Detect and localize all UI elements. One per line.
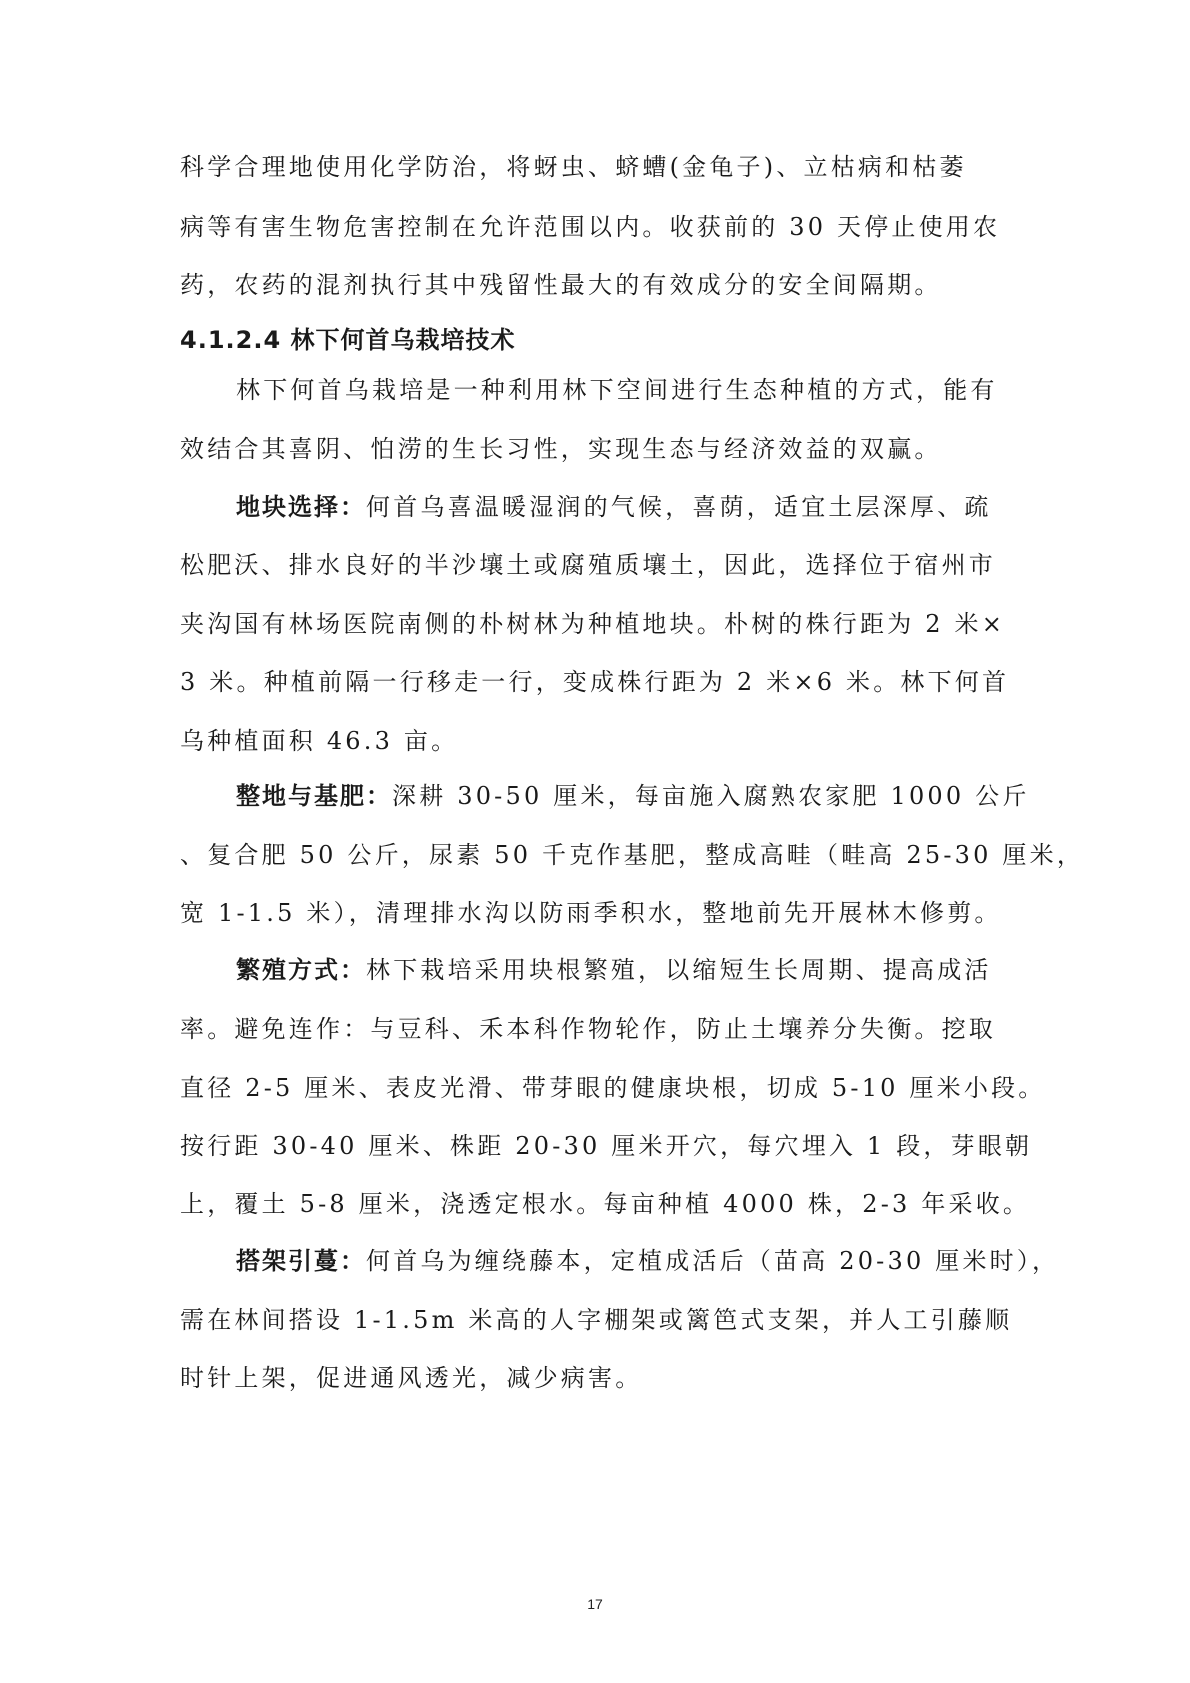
document-page: 科学合理地使用化学防治，将蚜虫、蛴螬(金龟子)、立枯病和枯萎 病等有害生物危害控… [0,0,1190,1683]
paragraph-lead: 整地与基肥： [236,782,392,810]
paragraph-line: 效结合其喜阴、怕涝的生长习性，实现生态与经济效益的双赢。 [180,434,1010,464]
paragraph-line: 3 米。种植前隔一行移走一行，变成株行距为 2 米×6 米。林下何首 [180,667,1010,697]
paragraph-plot-selection: 地块选择：何首乌喜温暖湿润的气候，喜荫，适宜土层深厚、疏 [236,492,1010,522]
paragraph-line: 按行距 30-40 厘米、株距 20-30 厘米开穴，每穴埋入 1 段，芽眼朝 [180,1131,1010,1161]
paragraph-line: 夹沟国有林场医院南侧的朴树林为种植地块。朴树的株行距为 2 米× [180,609,1010,639]
paragraph-trellis: 搭架引蔓：何首乌为缠绕藤本，定植成活后（苗高 20-30 厘米时）， [236,1246,1010,1276]
paragraph-line: 率。避免连作：与豆科、禾本科作物轮作，防止土壤养分失衡。挖取 [180,1014,1010,1044]
paragraph-lead: 地块选择： [236,493,366,521]
paragraph-line: 科学合理地使用化学防治，将蚜虫、蛴螬(金龟子)、立枯病和枯萎 [180,152,1010,182]
paragraph-text: 何首乌喜温暖湿润的气候，喜荫，适宜土层深厚、疏 [366,493,992,521]
paragraph-line: 时针上架，促进通风透光，减少病害。 [180,1363,1010,1393]
section-heading: 4.1.2.4 林下何首乌栽培技术 [180,325,516,355]
paragraph-line: 药，农药的混剂执行其中残留性最大的有效成分的安全间隔期。 [180,270,1010,300]
paragraph-propagation: 繁殖方式：林下栽培采用块根繁殖，以缩短生长周期、提高成活 [236,955,1010,985]
paragraph-line: 乌种植面积 46.3 亩。 [180,726,1010,756]
paragraph-line: 上，覆土 5-8 厘米，浇透定根水。每亩种植 4000 株，2-3 年采收。 [180,1189,1010,1219]
paragraph-line: 需在林间搭设 1-1.5m 米高的人字棚架或篱笆式支架，并人工引藤顺 [180,1305,1010,1335]
paragraph-line: 病等有害生物危害控制在允许范围以内。收获前的 30 天停止使用农 [180,212,1010,242]
paragraph-line: 、复合肥 50 公斤，尿素 50 千克作基肥，整成高畦（畦高 25-30 厘米， [180,840,1010,870]
paragraph-line: 林下何首乌栽培是一种利用林下空间进行生态种植的方式，能有 [236,375,1010,405]
paragraph-lead: 搭架引蔓： [236,1247,366,1275]
paragraph-line: 直径 2-5 厘米、表皮光滑、带芽眼的健康块根，切成 5-10 厘米小段。 [180,1073,1010,1103]
paragraph-text: 林下栽培采用块根繁殖，以缩短生长周期、提高成活 [366,956,992,984]
paragraph-land-prep: 整地与基肥：深耕 30-50 厘米，每亩施入腐熟农家肥 1000 公斤 [236,781,1010,811]
paragraph-text: 深耕 30-50 厘米，每亩施入腐熟农家肥 1000 公斤 [392,782,1030,810]
paragraph-text: 何首乌为缠绕藤本，定植成活后（苗高 20-30 厘米时）， [366,1247,1059,1275]
page-number: 17 [0,1596,1190,1612]
paragraph-line: 松肥沃、排水良好的半沙壤土或腐殖质壤土，因此，选择位于宿州市 [180,550,1010,580]
paragraph-line: 宽 1-1.5 米），清理排水沟以防雨季积水，整地前先开展林木修剪。 [180,898,1010,928]
paragraph-lead: 繁殖方式： [236,956,366,984]
